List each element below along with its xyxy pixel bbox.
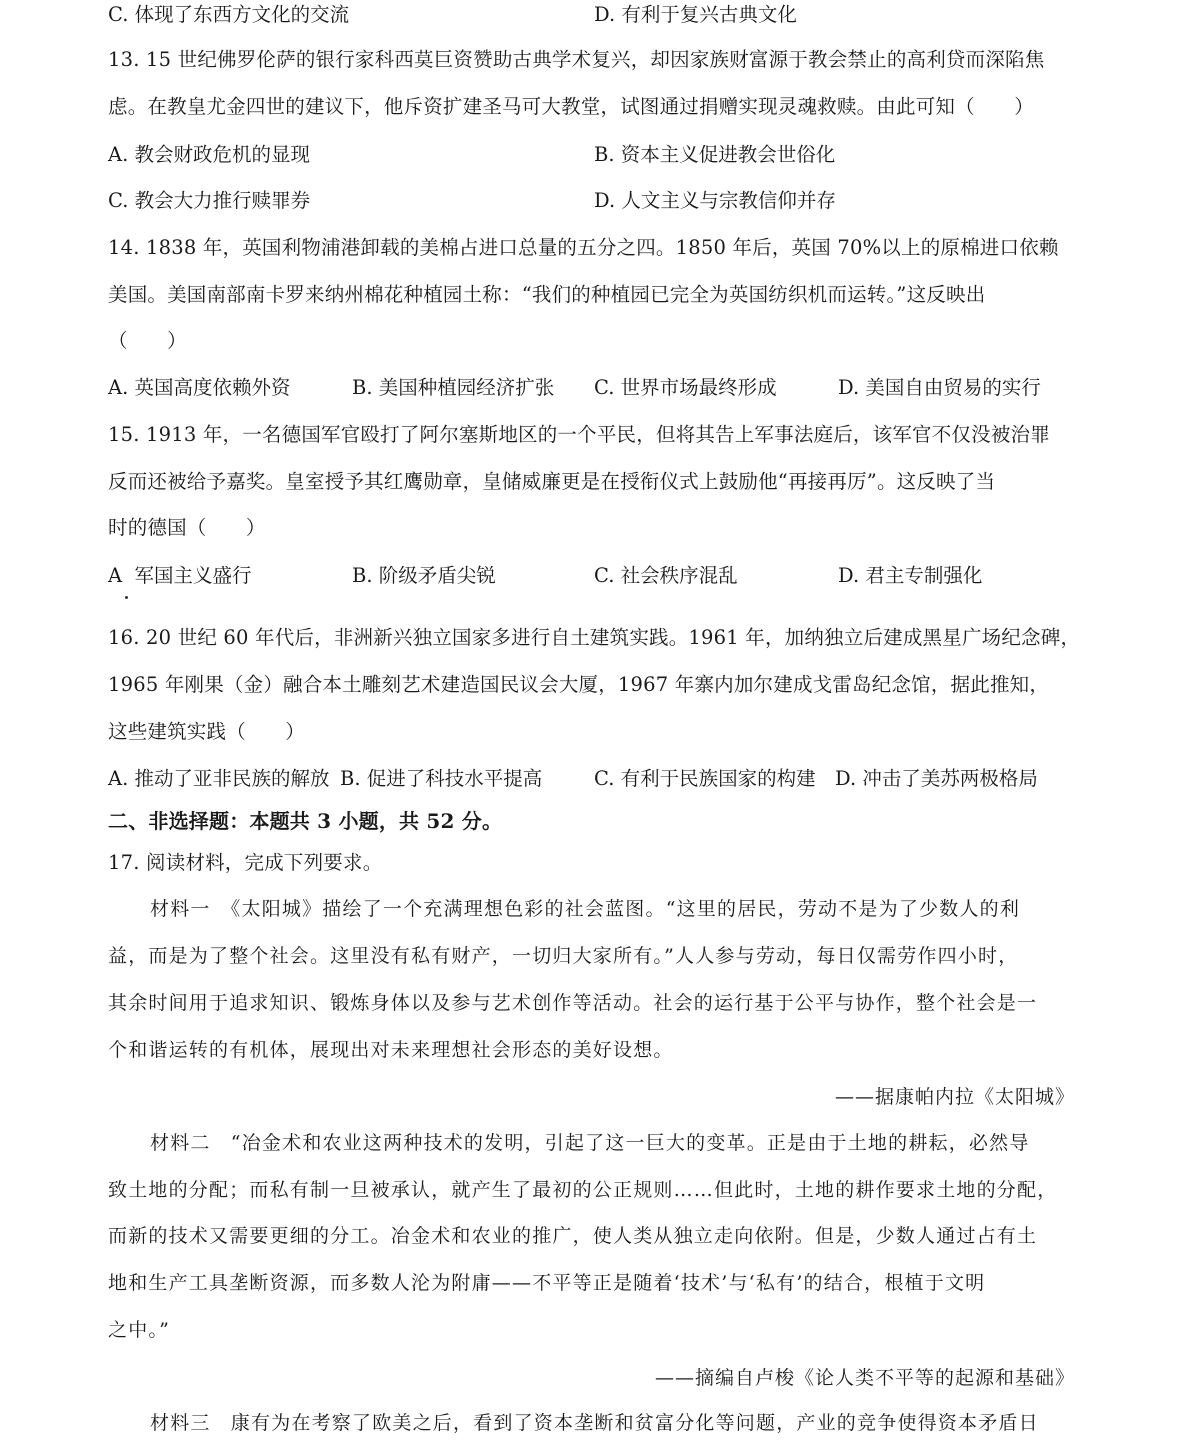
q16-option-d: D. 冲击了美苏两极格局: [835, 765, 1038, 793]
q12-option-c: C. 体现了东西方文化的交流: [108, 1, 349, 29]
q14-option-c: C. 世界市场最终形成: [594, 374, 777, 402]
q13-option-b: B. 资本主义促进教会世俗化: [594, 141, 835, 169]
material2-line-3: 而新的技术又需要更细的分工。冶金术和农业的推广，使人类从独立走向依附。但是，少数…: [108, 1222, 1037, 1250]
q14-stem-line-2: 美国。美国南部南卡罗来纳州棉花种植园土称：“我们的种植园已完全为英国纺织机而运转…: [108, 281, 985, 309]
material2-line-1: 材料二 “冶金术和农业这两种技术的发明，引起了这一巨大的变革。正是由于土地的耕耘…: [150, 1129, 1030, 1157]
q15-stem-line-3: 时的德国（ ）: [108, 514, 266, 542]
q16-option-b: B. 促进了科技水平提高: [340, 765, 542, 793]
q15-option-a: A 军国主义盛行: [108, 562, 252, 590]
q14-option-d: D. 美国自由贸易的实行: [838, 374, 1041, 402]
q15-stem-line-2: 反而还被给予嘉奖。皇室授予其红鹰勋章，皇储威廉更是在授衔仪式上鼓励他“再接再厉”…: [108, 468, 995, 496]
q12-option-d: D. 有利于复兴古典文化: [594, 1, 797, 29]
q14-stem-line-3: （ ）: [108, 327, 187, 355]
material1-line-2: 益，而是为了整个社会。这里没有私有财产，一切归大家所有。”人人参与劳动，每日仅需…: [108, 942, 1018, 970]
q16-stem-line-1: 16. 20 世纪 60 年代后，非洲新兴独立国家多进行自土建筑实践。1961 …: [108, 624, 1080, 652]
q13-stem-line-1: 13. 15 世纪佛罗伦萨的银行家科西莫巨资赞助古典学术复兴，却因家族财富源于教…: [108, 46, 1044, 74]
q17-intro: 17. 阅读材料，完成下列要求。: [108, 849, 382, 877]
q15-option-d: D. 君主专制强化: [838, 562, 982, 590]
material2-line-4: 地和生产工具垄断资源，而多数人沦为附庸——不平等正是随着‘技术’与‘私有’的结合…: [108, 1269, 985, 1297]
q16-stem-line-2: 1965 年刚果（金）融合本土雕刻艺术建造国民议会大厦，1967 年寨内加尔建成…: [108, 671, 1049, 699]
material2-source: ——摘编自卢梭《论人类不平等的起源和基础》: [655, 1363, 1075, 1390]
q13-option-a: A. 教会财政危机的显现: [108, 141, 310, 169]
q14-stem-line-1: 14. 1838 年，英国利物浦港卸载的美棉占进口总量的五分之四。1850 年后…: [108, 234, 1059, 262]
material2-line-5: 之中。”: [108, 1316, 170, 1344]
material2-line-2: 致土地的分配；而私有制一旦被承认，就产生了最初的公正规则……但此时，土地的耕作要…: [108, 1176, 1057, 1204]
q15-stem-line-1: 15. 1913 年，一名德国军官殴打了阿尔塞斯地区的一个平民，但将其告上军事法…: [108, 421, 1050, 449]
material1-line-1: 材料一 《太阳城》描绘了一个充满理想色彩的社会蓝图。“这里的居民，劳动不是为了少…: [150, 895, 1020, 923]
q13-option-c: C. 教会大力推行赎罪券: [108, 187, 310, 215]
q16-option-c: C. 有利于民族国家的构建: [594, 765, 816, 793]
q13-stem-line-2: 虑。在教皇尤金四世的建议下，他斥资扩建圣马可大教堂，试图通过捐赠实现灵魂救赎。由…: [108, 93, 1034, 121]
q15-option-b: B. 阶级矛盾尖锐: [352, 562, 496, 590]
material1-line-3: 其余时间用于追求知识、锻炼身体以及参与艺术创作等活动。社会的运行基于公平与协作，…: [108, 989, 1037, 1017]
material1-line-4: 个和谐运转的有机体，展现出对未来理想社会形态的美好设想。: [108, 1036, 674, 1064]
q16-option-a: A. 推动了亚非民族的解放: [108, 765, 330, 793]
q14-option-a: A. 英国高度依赖外资: [108, 374, 291, 402]
q16-stem-line-3: 这些建筑实践（ ）: [108, 718, 305, 746]
q15-option-c: C. 社会秩序混乱: [594, 562, 738, 590]
q13-option-d: D. 人文主义与宗教信仰并存: [594, 187, 836, 215]
material1-source: ——据康帕内拉《太阳城》: [835, 1082, 1075, 1109]
material3-line-1: 材料三 康有为在考察了欧美之后，看到了资本垄断和贫富分化等问题，产业的竞争使得资…: [150, 1409, 1039, 1437]
q14-option-b: B. 美国种植园经济扩张: [352, 374, 554, 402]
section-title: 二、非选择题：本题共 3 小题，共 52 分。: [108, 807, 502, 835]
stray-dot-mark: [125, 596, 128, 599]
